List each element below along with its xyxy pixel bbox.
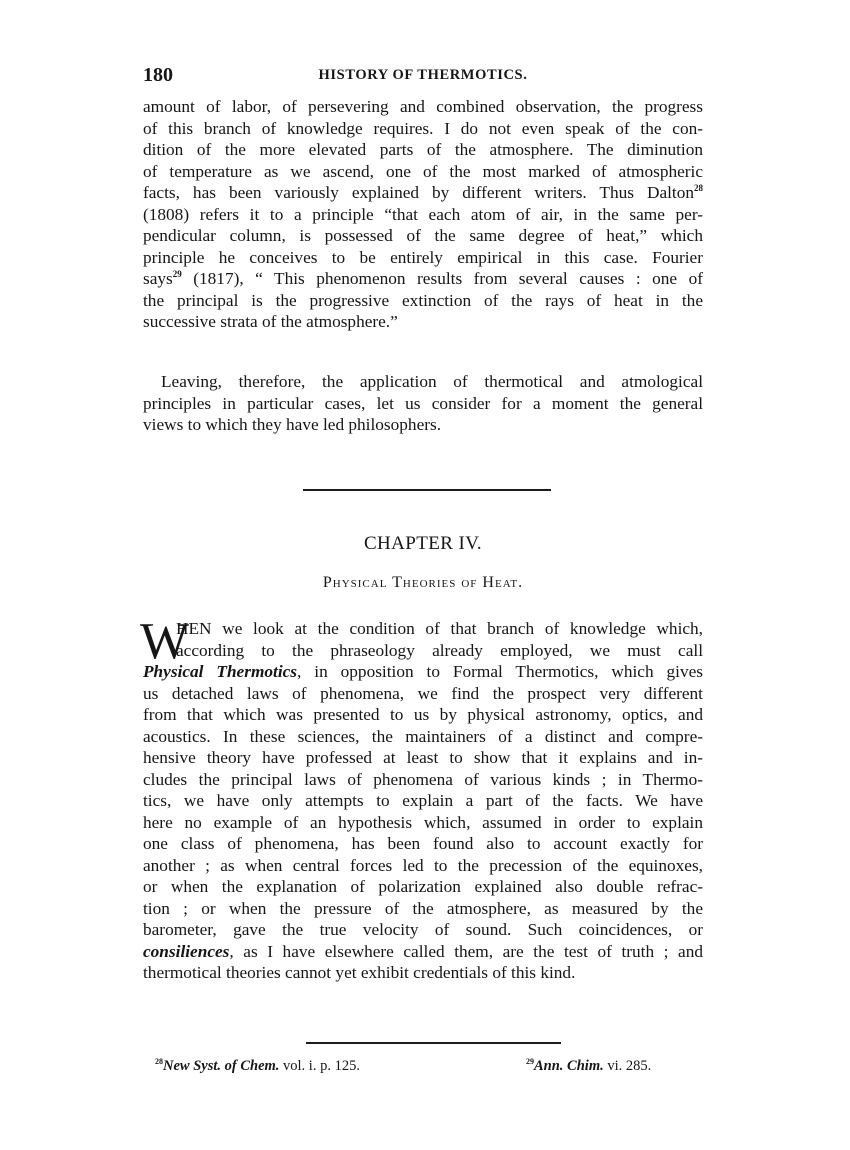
- text-line: dition of the more elevated parts of the…: [143, 139, 703, 161]
- line-text: facts, has been variously explained by d…: [143, 183, 694, 202]
- footnote-source-title: Ann. Chim.: [534, 1058, 604, 1074]
- text-line: facts, has been variously explained by d…: [143, 182, 703, 204]
- italic-term: consiliences: [143, 942, 229, 961]
- text-line: tion ; or when the pressure of the atmos…: [143, 898, 703, 920]
- chapter-body: W HEN we look at the condition of that b…: [143, 618, 703, 984]
- text-line: Physical Thermotics, in opposition to Fo…: [143, 661, 703, 683]
- footnote-ref-29[interactable]: 29: [173, 269, 182, 279]
- text-line: pendicular column, is possessed of the s…: [143, 225, 703, 247]
- footnote-number: 29: [526, 1057, 534, 1066]
- chapter-heading: CHAPTER IV.: [143, 533, 703, 555]
- text-line: tics, we have only attempts to explain a…: [143, 790, 703, 812]
- footnote-28: 28New Syst. of Chem. vol. i. p. 125.: [155, 1058, 360, 1075]
- text-line: views to which they have led philosopher…: [143, 414, 703, 436]
- running-title: HISTORY OF THERMOTICS.: [143, 67, 703, 84]
- text-line: Leaving, therefore, the application of t…: [143, 371, 703, 393]
- footnote-source-title: New Syst. of Chem.: [163, 1058, 279, 1074]
- text-line: the principal is the progressive extinct…: [143, 290, 703, 312]
- text-line: here no example of an hypothesis which, …: [143, 812, 703, 834]
- text-line: us detached laws of phenomena, we find t…: [143, 683, 703, 705]
- text-line: consiliences, as I have elsewhere called…: [143, 941, 703, 963]
- text-line: successive strata of the atmosphere.”: [143, 311, 703, 333]
- text-line: another ; as when central forces led to …: [143, 855, 703, 877]
- line-text: (1817), “ This phenomenon results from s…: [182, 269, 703, 288]
- text-line: principle he conceives to be entirely em…: [143, 247, 703, 269]
- paragraph-continuation: amount of labor, of persevering and comb…: [143, 96, 703, 333]
- text-line: principles in particular cases, let us c…: [143, 393, 703, 415]
- line-text: , in opposition to Formal Thermotics, wh…: [297, 662, 703, 681]
- chapter-subtitle: Physical Theories of Heat.: [143, 574, 703, 592]
- section-divider: [303, 489, 551, 491]
- text-line: one class of phenomena, has been found a…: [143, 833, 703, 855]
- line-text: , as I have elsewhere called them, are t…: [229, 942, 703, 961]
- text-line: hensive theory have professed at least t…: [143, 747, 703, 769]
- text-line: from that which was presented to us by p…: [143, 704, 703, 726]
- line-text: says: [143, 269, 173, 288]
- footnote-citation: vi. 285.: [604, 1058, 652, 1074]
- footnote-number: 28: [155, 1057, 163, 1066]
- text-line: says29 (1817), “ This phenomenon results…: [143, 268, 703, 290]
- running-head: 180 HISTORY OF THERMOTICS.: [143, 64, 703, 88]
- text-line: barometer, gave the true velocity of sou…: [143, 919, 703, 941]
- footnote-citation: vol. i. p. 125.: [279, 1058, 360, 1074]
- text-line: acoustics. In these sciences, the mainta…: [143, 726, 703, 748]
- text-line: of this branch of knowledge requires. I …: [143, 118, 703, 140]
- text-line: HEN we look at the condition of that bra…: [143, 618, 703, 640]
- text-line: or when the explanation of polarization …: [143, 876, 703, 898]
- footnote-divider: [306, 1042, 561, 1044]
- footnote-29: 29Ann. Chim. vi. 285.: [526, 1058, 651, 1075]
- drop-cap: W: [140, 621, 189, 663]
- text-line: cludes the principal laws of phenomena o…: [143, 769, 703, 791]
- text-line: (1808) refers it to a principle “that ea…: [143, 204, 703, 226]
- paragraph-leaving: Leaving, therefore, the application of t…: [143, 371, 703, 436]
- text-line: according to the phraseology already emp…: [143, 640, 703, 662]
- footnote-ref-28[interactable]: 28: [694, 183, 703, 193]
- text-line: thermotical theories cannot yet exhibit …: [143, 962, 703, 984]
- text-line: of temperature as we ascend, one of the …: [143, 161, 703, 183]
- text-line: amount of labor, of persevering and comb…: [143, 96, 703, 118]
